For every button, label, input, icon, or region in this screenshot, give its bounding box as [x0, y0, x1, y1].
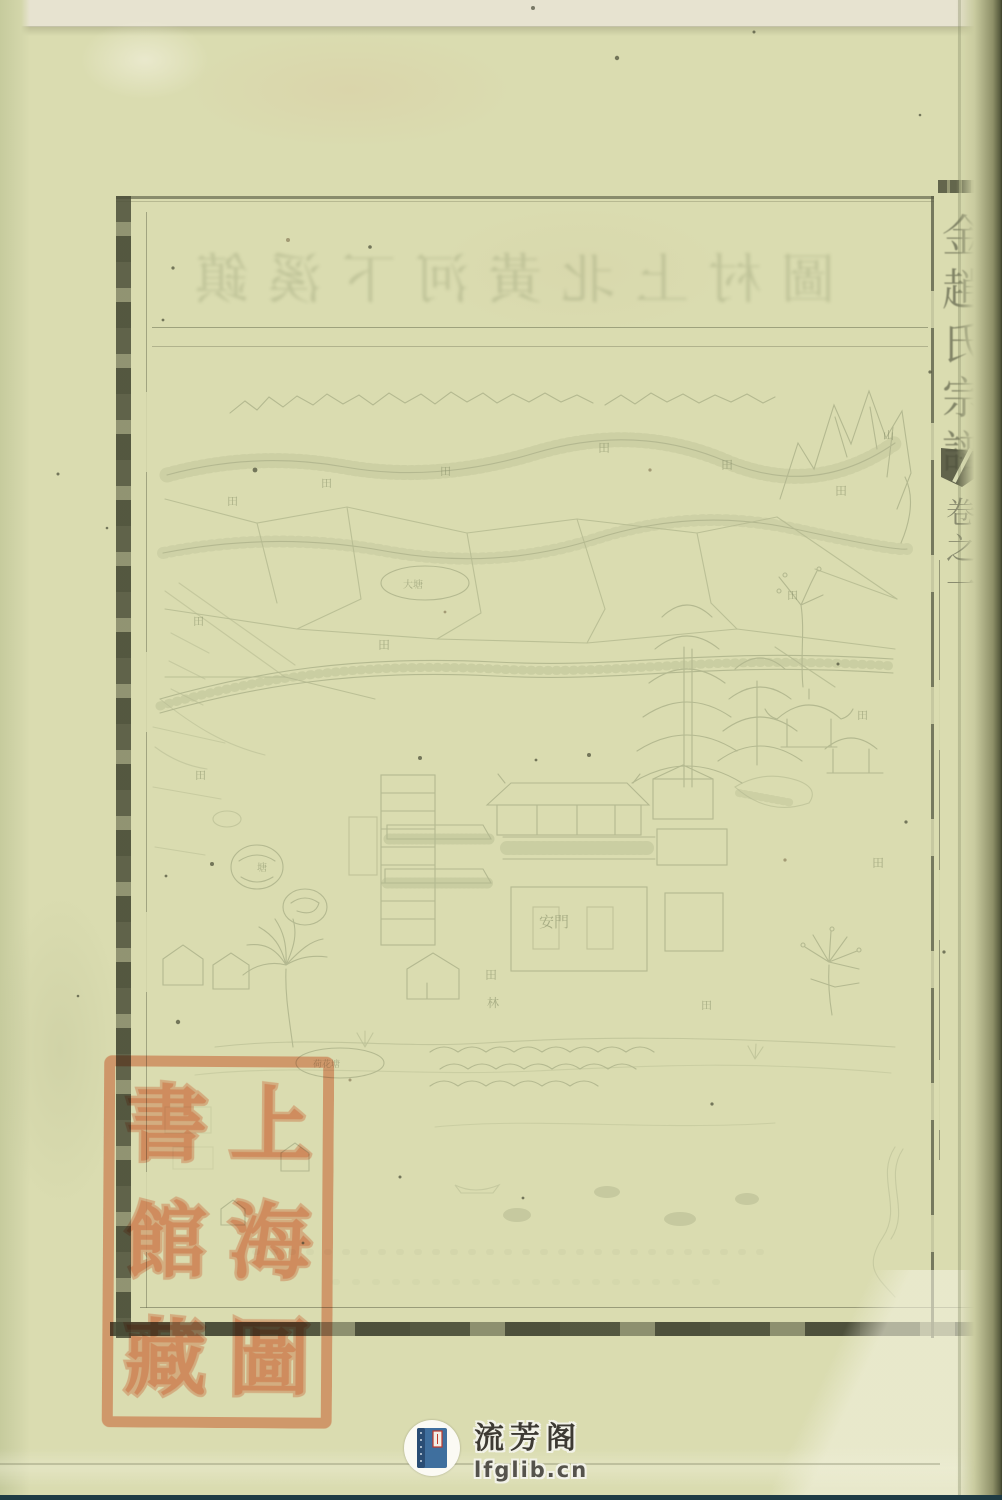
- field-label: 田: [787, 589, 798, 602]
- pond-swirls: [213, 811, 327, 925]
- grove-label: 林: [487, 995, 499, 1010]
- bleed-char: 上: [635, 237, 689, 314]
- seal-char: 海: [229, 1190, 312, 1295]
- ink-smudges: [503, 1186, 759, 1226]
- pond-label: 大塘: [403, 578, 423, 591]
- site-watermark: 流芳阁 lfglib.cn: [404, 1413, 588, 1482]
- bleed-char: 圖: [781, 237, 835, 314]
- paper-stain: [180, 30, 520, 150]
- village-road: [155, 655, 893, 769]
- bleed-char: 溪: [268, 237, 322, 314]
- leaf-left-edge: [0, 0, 30, 1500]
- bleed-char: 村: [708, 237, 762, 314]
- field-label: 田: [321, 477, 332, 490]
- field-label: 田: [485, 968, 497, 982]
- title-band-rule-upper: [152, 327, 928, 328]
- field-label: 田: [721, 458, 733, 472]
- field-label: 田: [440, 465, 451, 478]
- shanghai-library-collection-seal: 書 上 館 海 藏 圖: [102, 1055, 335, 1429]
- watermark-title: 流芳阁: [474, 1413, 588, 1457]
- seal-char: 館: [125, 1189, 208, 1294]
- banxin-rule-line: [939, 560, 940, 1160]
- seal-char: 圖: [228, 1307, 311, 1412]
- pine-tree-tiered: [632, 605, 802, 787]
- seal-char: 藏: [124, 1306, 207, 1411]
- gate-label: 安門: [539, 913, 569, 931]
- willow-tree: [243, 919, 327, 1047]
- mountain-peaks-small: [230, 392, 775, 413]
- bleed-char: 黃: [488, 237, 542, 314]
- pond-landmark-oval: [381, 566, 469, 600]
- field-label: 田: [598, 441, 610, 455]
- genealogy-scan-page: 鎮 溪 下 河 黃 北 上 村 圖: [0, 0, 1002, 1500]
- map-frame-border-top-inner: [116, 201, 934, 202]
- field-label: 田: [701, 999, 712, 1012]
- bleed-through-title: 鎮 溪 下 河 黃 北 上 村 圖: [195, 242, 835, 308]
- seal-char: 書: [125, 1073, 208, 1178]
- paper-corner-curl: [80, 20, 210, 100]
- field-label: 田: [835, 484, 847, 498]
- watermark-domain: lfglib.cn: [474, 1458, 588, 1482]
- field-label: 田: [857, 709, 868, 722]
- bleed-char: 北: [561, 237, 615, 314]
- field-label: 田: [193, 615, 204, 628]
- bleed-char: 鎮: [195, 237, 249, 314]
- watermark-badge: [404, 1420, 460, 1476]
- map-frame-border-right: [931, 196, 934, 1338]
- scan-footer-bar: [0, 1495, 1002, 1500]
- bleed-char: 河: [415, 237, 469, 314]
- field-label: 田: [378, 638, 390, 652]
- map-frame-border-top: [116, 196, 934, 199]
- bleed-char: 下: [342, 237, 396, 314]
- hill-label: 山: [883, 429, 894, 442]
- field-label: 田: [872, 856, 884, 870]
- pine-burst-tree: [801, 927, 861, 1015]
- village-buildings: [163, 765, 727, 999]
- paper-stain: [0, 900, 120, 1200]
- chinese-book-icon: [413, 1426, 451, 1470]
- field-label: 田: [227, 495, 238, 508]
- page-right-edge: [956, 0, 1002, 1500]
- field-label: 田: [195, 769, 206, 782]
- seal-char: 上: [229, 1073, 312, 1178]
- pond-label: 塘: [257, 861, 267, 874]
